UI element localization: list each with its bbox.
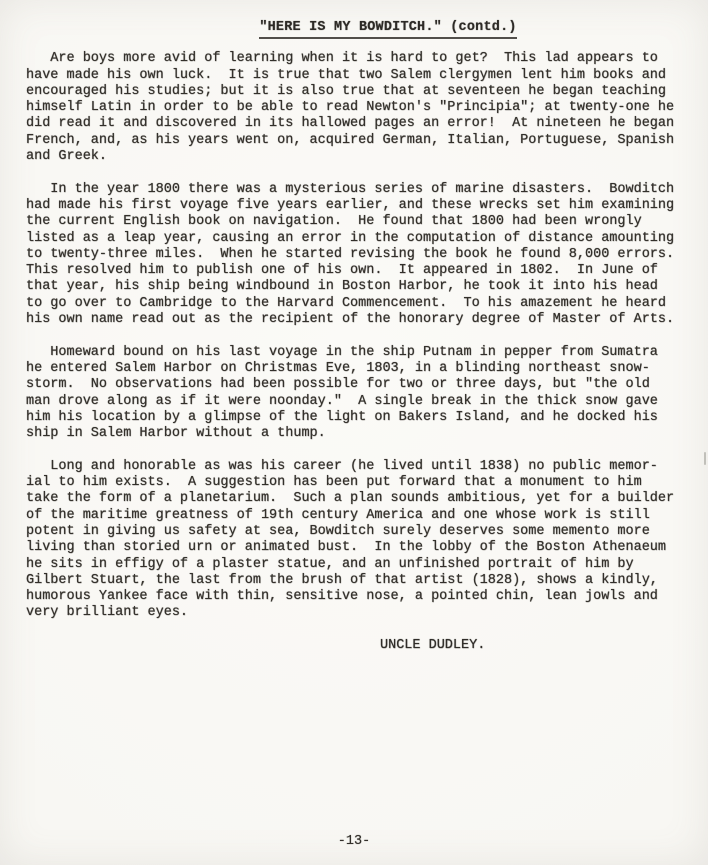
paragraph-2: In the year 1800 there was a mysterious … xyxy=(26,182,686,329)
page-number: -13- xyxy=(0,834,708,850)
scan-artifact-mark xyxy=(704,452,706,465)
paragraph-1: Are boys more avid of learning when it i… xyxy=(26,51,686,165)
paragraph-4: Long and honorable as was his career (he… xyxy=(26,459,686,622)
document-page: "HERE IS MY BOWDITCH." (contd.) Are boys… xyxy=(0,0,708,865)
page-title: "HERE IS MY BOWDITCH." (contd.) xyxy=(259,20,516,39)
title-row: "HERE IS MY BOWDITCH." (contd.) xyxy=(58,17,708,39)
document-content: "HERE IS MY BOWDITCH." (contd.) Are boys… xyxy=(26,0,686,654)
paragraph-3: Homeward bound on his last voyage in the… xyxy=(26,345,686,443)
signature: UNCLE DUDLEY. xyxy=(380,638,686,654)
